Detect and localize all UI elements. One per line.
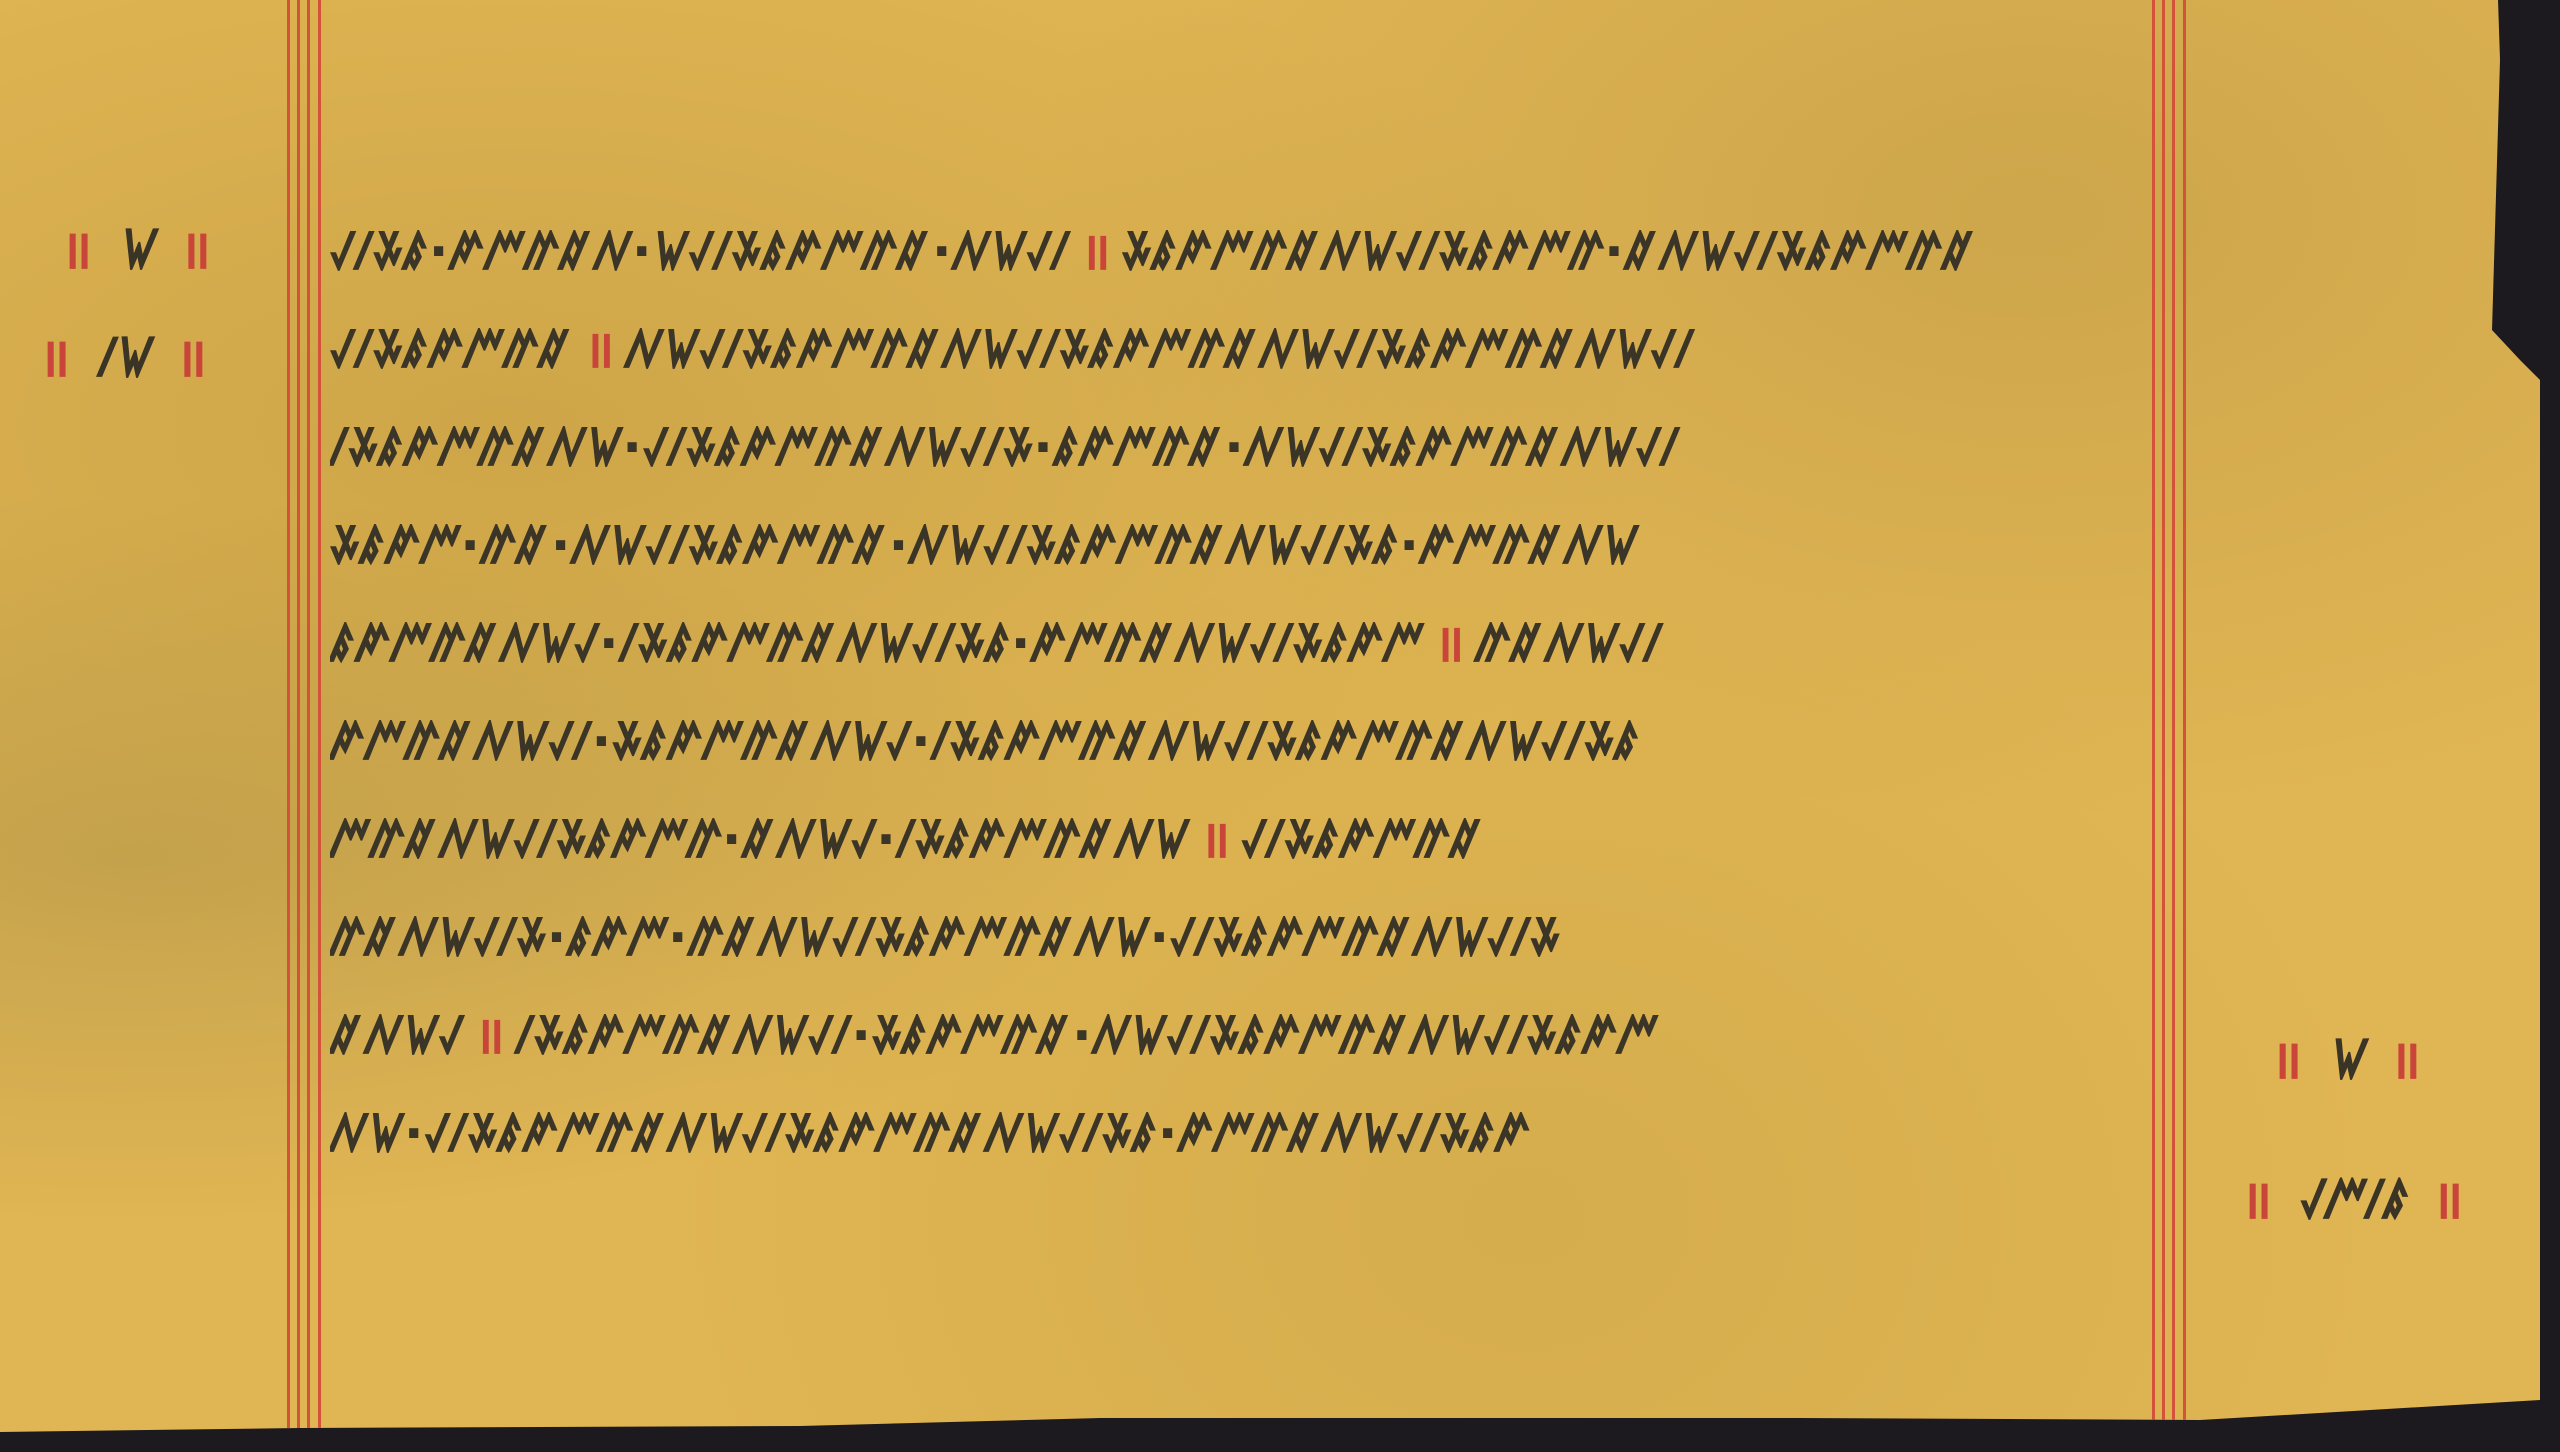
text-run: ꤷꤸꤹꤺꤻꤼꤽꤾꤿ·ꤶꤷꤸꤹꤺꤻꤼꤽꤾꤿꤶꤷꤸ·ꤹꤺꤻꤼꤽ·ꤾꤿꤶꤷꤸꤹꤺꤻꤼꤽ… [330, 410, 1679, 481]
left-margin-title: ॥ ꤷꤿ ॥ [38, 318, 213, 392]
left-ruling-line [307, 0, 310, 1432]
text-line-1: ꤶꤷꤸꤹ·ꤺꤻꤼꤽꤾ·ꤿꤶꤷꤸꤹꤺꤻꤼꤽ·ꤾꤿꤶꤷ॥ꤸꤹꤺꤻꤼꤽꤾꤿꤶꤷꤸꤹꤺꤻ… [330, 200, 2150, 298]
text-run: ꤻꤼꤽꤾꤿꤶꤷꤸꤹꤺꤻꤼ·ꤽꤾꤿꤶ·ꤷꤸꤹꤺꤻꤼꤽꤾꤿ [330, 802, 1189, 873]
text-run: ꤹꤺꤻꤼꤽꤾꤿꤶ·ꤷꤸꤹꤺꤻꤼꤽꤾꤿꤶꤷꤸꤹ·ꤺꤻꤼꤽꤾꤿꤶꤷꤸꤹꤺꤻ [330, 606, 1423, 677]
text-run: ꤶꤷꤸꤹꤺꤻꤼꤽ [330, 312, 573, 383]
margin-glyph: ꤿ [120, 210, 156, 284]
text-run: ꤾꤿꤶꤷꤸꤹꤺꤻꤼꤽꤾꤿꤶꤷꤸꤹꤺꤻꤼꤽꤾꤿꤶꤷꤸꤹꤺꤻꤼꤽꤾꤿꤶꤷ [625, 312, 1693, 383]
right-ruling-line [2183, 0, 2186, 1432]
right-ruling-line [2162, 0, 2165, 1432]
danda-mark: ॥ [60, 210, 98, 284]
left-ruling-line [297, 0, 300, 1432]
danda-mark: ॥ [2431, 1160, 2469, 1234]
margin-glyph: ꤷꤿ [98, 318, 152, 392]
danda-mark: ॥ [1199, 802, 1231, 873]
text-line-8: ꤼꤽꤾꤿꤶꤷꤸ·ꤹꤺꤻ·ꤼꤽꤾꤿꤶꤷꤸꤹꤺꤻꤼꤽꤾꤿ·ꤶꤷꤸꤹꤺꤻꤼꤽꤾꤿꤶꤷꤸ [330, 886, 2150, 984]
danda-mark: ॥ [2270, 1020, 2308, 1094]
danda-mark: ॥ [1080, 214, 1112, 285]
text-line-5: ꤹꤺꤻꤼꤽꤾꤿꤶ·ꤷꤸꤹꤺꤻꤼꤽꤾꤿꤶꤷꤸꤹ·ꤺꤻꤼꤽꤾꤿꤶꤷꤸꤹꤺꤻ॥ꤼꤽꤾꤿ… [330, 592, 2150, 690]
manuscript-text-block: ꤶꤷꤸꤹ·ꤺꤻꤼꤽꤾ·ꤿꤶꤷꤸꤹꤺꤻꤼꤽ·ꤾꤿꤶꤷ॥ꤸꤹꤺꤻꤼꤽꤾꤿꤶꤷꤸꤹꤺꤻ… [330, 200, 2150, 1180]
margin-glyph: ꤶꤻꤷꤹ [2300, 1160, 2409, 1234]
danda-mark: ॥ [583, 312, 615, 383]
danda-mark: ॥ [179, 210, 217, 284]
text-line-2: ꤶꤷꤸꤹꤺꤻꤼꤽ॥ꤾꤿꤶꤷꤸꤹꤺꤻꤼꤽꤾꤿꤶꤷꤸꤹꤺꤻꤼꤽꤾꤿꤶꤷꤸꤹꤺꤻꤼꤽꤾ… [330, 298, 2150, 396]
left-margin-folio-number: ॥ ꤿ ॥ [60, 210, 217, 284]
danda-mark: ॥ [474, 998, 506, 1069]
right-margin-folio-number: ॥ ꤿ ॥ [2270, 1020, 2427, 1094]
text-line-9: ꤽꤾꤿꤶ॥ꤷꤸꤹꤺꤻꤼꤽꤾꤿꤶꤷ·ꤸꤹꤺꤻꤼꤽ·ꤾꤿꤶꤷꤸꤹꤺꤻꤼꤽꤾꤿꤶꤷꤸꤹ… [330, 984, 2150, 1082]
left-ruling-line [318, 0, 321, 1432]
text-run: ꤼꤽꤾꤿꤶꤷꤸ·ꤹꤺꤻ·ꤼꤽꤾꤿꤶꤷꤸꤹꤺꤻꤼꤽꤾꤿ·ꤶꤷꤸꤹꤺꤻꤼꤽꤾꤿꤶꤷꤸ [330, 900, 1560, 971]
text-line-7: ꤻꤼꤽꤾꤿꤶꤷꤸꤹꤺꤻꤼ·ꤽꤾꤿꤶ·ꤷꤸꤹꤺꤻꤼꤽꤾꤿ॥ꤶꤷꤸꤹꤺꤻꤼꤽ [330, 788, 2150, 886]
right-ruling-line [2152, 0, 2155, 1432]
danda-mark: ॥ [1433, 606, 1465, 677]
text-run: ꤷꤸꤹꤺꤻꤼꤽꤾꤿꤶꤷ·ꤸꤹꤺꤻꤼꤽ·ꤾꤿꤶꤷꤸꤹꤺꤻꤼꤽꤾꤿꤶꤷꤸꤹꤺꤻ [516, 998, 1658, 1069]
text-run: ꤼꤽꤾꤿꤶꤷ [1476, 606, 1663, 677]
margin-glyph: ꤿ [2330, 1020, 2366, 1094]
text-run: ꤶꤷꤸꤹ·ꤺꤻꤼꤽꤾ·ꤿꤶꤷꤸꤹꤺꤻꤼꤽ·ꤾꤿꤶꤷ [330, 214, 1070, 285]
text-run: ꤾꤿ·ꤶꤷꤸꤹꤺꤻꤼꤽꤾꤿꤶꤷꤸꤹꤺꤻꤼꤽꤾꤿꤶꤷꤸꤹ·ꤺꤻꤼꤽꤾꤿꤶꤷꤸꤹꤺ [330, 1096, 1530, 1167]
manuscript-folio: ॥ ꤿ ॥ ॥ ꤷꤿ ॥ ॥ ꤿ ॥ ॥ ꤶꤻꤷꤹ ॥ ꤶꤷꤸꤹ·ꤺꤻꤼꤽꤾ·ꤿ… [0, 0, 2540, 1432]
danda-mark: ॥ [175, 318, 213, 392]
danda-mark: ॥ [38, 318, 76, 392]
text-line-6: ꤺꤻꤼꤽꤾꤿꤶꤷ·ꤸꤹꤺꤻꤼꤽꤾꤿꤶ·ꤷꤸꤹꤺꤻꤼꤽꤾꤿꤶꤷꤸꤹꤺꤻꤼꤽꤾꤿꤶꤷ… [330, 690, 2150, 788]
text-run: ꤽꤾꤿꤶ [330, 998, 464, 1069]
danda-mark: ॥ [2389, 1020, 2427, 1094]
left-ruling-line [287, 0, 290, 1432]
text-line-4: ꤸꤹꤺꤻ·ꤼꤽ·ꤾꤿꤶꤷꤸꤹꤺꤻꤼꤽ·ꤾꤿꤶꤷꤸꤹꤺꤻꤼꤽꤾꤿꤶꤷꤸꤹ·ꤺꤻꤼꤽ… [330, 494, 2150, 592]
text-line-10: ꤾꤿ·ꤶꤷꤸꤹꤺꤻꤼꤽꤾꤿꤶꤷꤸꤹꤺꤻꤼꤽꤾꤿꤶꤷꤸꤹ·ꤺꤻꤼꤽꤾꤿꤶꤷꤸꤹꤺ [330, 1082, 2150, 1180]
danda-mark: ॥ [2240, 1160, 2278, 1234]
right-ruling-line [2172, 0, 2175, 1432]
right-margin-title: ॥ ꤶꤻꤷꤹ ॥ [2240, 1160, 2470, 1234]
text-run: ꤶꤷꤸꤹꤺꤻꤼꤽ [1241, 802, 1484, 873]
text-run: ꤺꤻꤼꤽꤾꤿꤶꤷ·ꤸꤹꤺꤻꤼꤽꤾꤿꤶ·ꤷꤸꤹꤺꤻꤼꤽꤾꤿꤶꤷꤸꤹꤺꤻꤼꤽꤾꤿꤶꤷ… [330, 704, 1640, 775]
text-line-3: ꤷꤸꤹꤺꤻꤼꤽꤾꤿ·ꤶꤷꤸꤹꤺꤻꤼꤽꤾꤿꤶꤷꤸ·ꤹꤺꤻꤼꤽ·ꤾꤿꤶꤷꤸꤹꤺꤻꤼꤽ… [330, 396, 2150, 494]
text-run: ꤸꤹꤺꤻꤼꤽꤾꤿꤶꤷꤸꤹꤺꤻꤼ·ꤽꤾꤿꤶꤷꤸꤹꤺꤻꤼꤽ [1122, 214, 1977, 285]
text-run: ꤸꤹꤺꤻ·ꤼꤽ·ꤾꤿꤶꤷꤸꤹꤺꤻꤼꤽ·ꤾꤿꤶꤷꤸꤹꤺꤻꤼꤽꤾꤿꤶꤷꤸꤹ·ꤺꤻꤼꤽ… [330, 508, 1638, 579]
